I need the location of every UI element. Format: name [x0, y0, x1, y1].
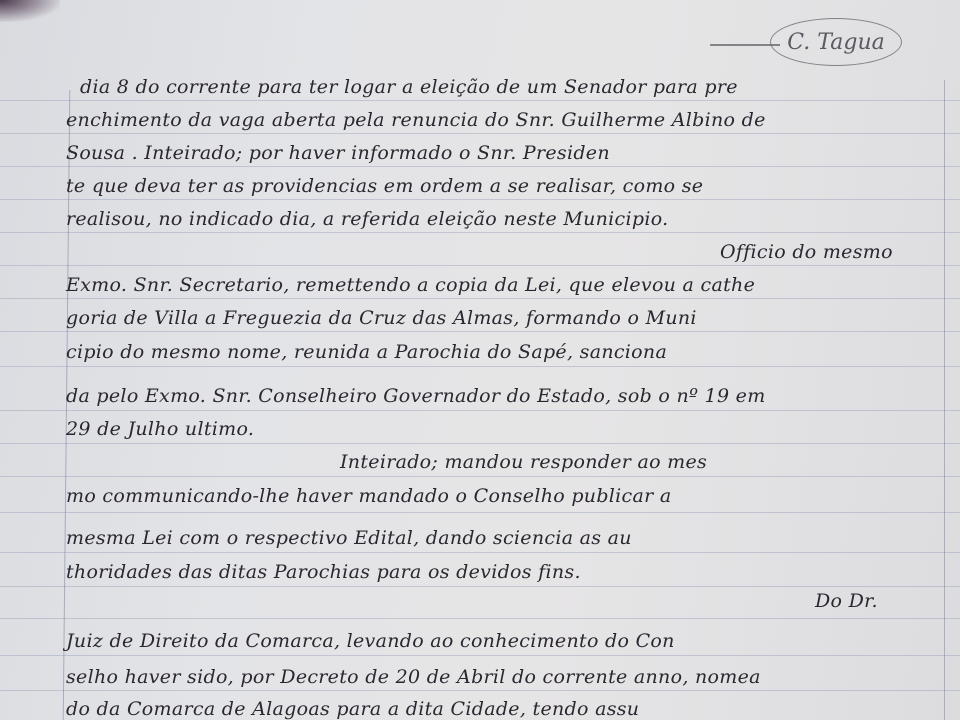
- ruled-line: [0, 331, 960, 332]
- manuscript-line: realisou, no indicado dia, a referida el…: [66, 208, 668, 230]
- manuscript-line: te que deva ter as providencias em ordem…: [66, 175, 703, 197]
- ruled-line: [0, 133, 960, 134]
- page-stamp: C. Tagua: [770, 18, 902, 66]
- manuscript-line: Officio do mesmo: [720, 241, 893, 263]
- manuscript-line: enchimento da vaga aberta pela renuncia …: [66, 109, 766, 131]
- ruled-line: [0, 100, 960, 101]
- manuscript-line: Exmo. Snr. Secretario, remettendo a copi…: [66, 274, 755, 296]
- manuscript-line: selho haver sido, por Decreto de 20 de A…: [66, 666, 761, 688]
- manuscript-line: do da Comarca de Alagoas para a dita Cid…: [66, 698, 639, 720]
- manuscript-line: Inteirado; mandou responder ao mes: [340, 451, 707, 473]
- ruled-line: [0, 552, 960, 553]
- binding-shadow: [0, 0, 60, 22]
- manuscript-line: dia 8 do corrente para ter logar a eleiç…: [80, 76, 738, 98]
- manuscript-line: cipio do mesmo nome, reunida a Parochia …: [66, 341, 667, 363]
- ruled-line: [0, 298, 960, 299]
- ruled-line: [0, 443, 960, 444]
- manuscript-line: mesma Lei com o respectivo Edital, dando…: [66, 527, 632, 549]
- ruled-line: [0, 232, 960, 233]
- manuscript-line: Do Dr.: [815, 590, 878, 612]
- ruled-line: [0, 512, 960, 513]
- ruled-line: [0, 618, 960, 619]
- ruled-line: [0, 586, 960, 587]
- manuscript-line: 29 de Julho ultimo.: [66, 418, 254, 440]
- right-margin-line: [944, 80, 945, 720]
- manuscript-line: Juiz de Direito da Comarca, levando ao c…: [66, 630, 675, 652]
- manuscript-line: mo communicando-lhe haver mandado o Cons…: [66, 485, 671, 507]
- ruled-line: [0, 476, 960, 477]
- ruled-line: [0, 410, 960, 411]
- manuscript-line: thoridades das ditas Parochias para os d…: [66, 561, 581, 583]
- stamp-text: C. Tagua: [787, 30, 885, 55]
- manuscript-line: Sousa . Inteirado; por haver informado o…: [66, 142, 610, 164]
- manuscript-line: goria de Villa a Freguezia da Cruz das A…: [66, 307, 697, 329]
- manuscript-page: C. Tagua dia 8 do corrente para ter loga…: [0, 0, 960, 720]
- ruled-line: [0, 166, 960, 167]
- ruled-line: [0, 199, 960, 200]
- ruled-line: [0, 366, 960, 367]
- ruled-line: [0, 265, 960, 266]
- manuscript-line: da pelo Exmo. Snr. Conselheiro Governado…: [66, 385, 766, 407]
- ruled-line: [0, 690, 960, 691]
- ruled-line: [0, 655, 960, 656]
